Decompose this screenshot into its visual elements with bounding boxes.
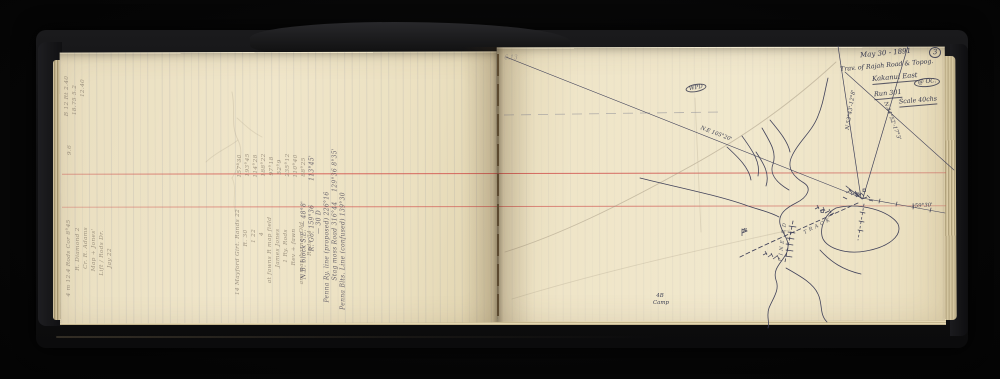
gutter-stitch-line [497, 54, 499, 316]
scanned-notebook-photo: B 12 Rt 2.4018.75 5.212.409.64 m 12.4 Ro… [0, 0, 1000, 379]
left-page [60, 51, 498, 323]
cover-bottom-highlight [56, 336, 656, 338]
right-page [497, 47, 945, 322]
page-stack-right-edge [943, 56, 956, 320]
